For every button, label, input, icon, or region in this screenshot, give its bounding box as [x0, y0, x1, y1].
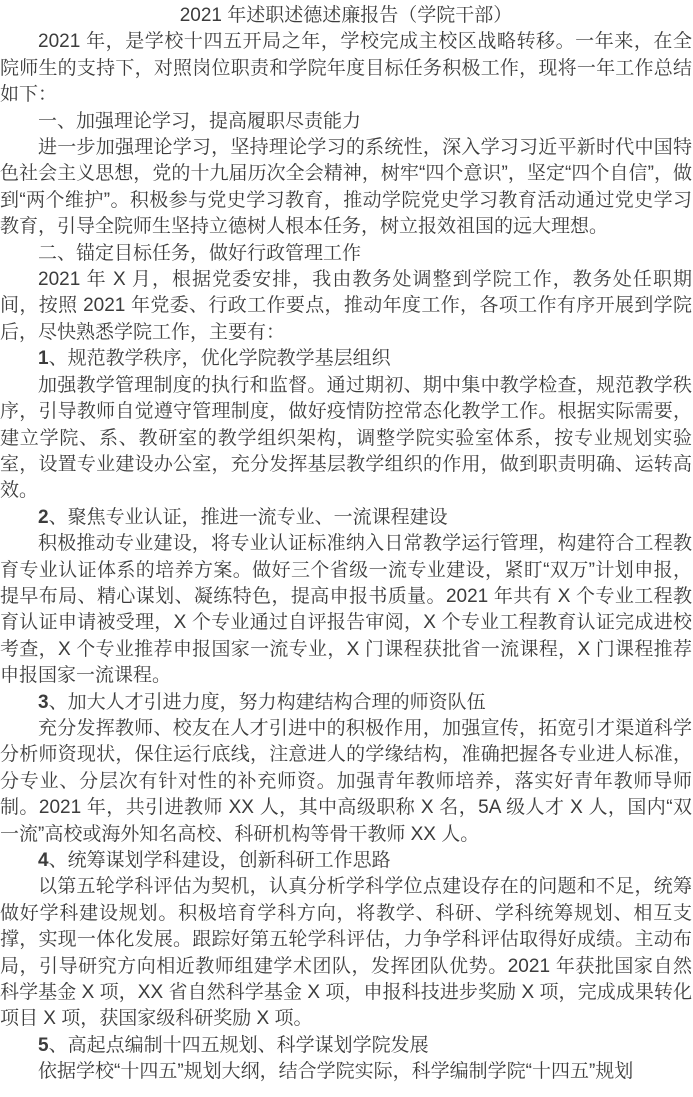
paragraph: 依据学校“十四五”规划大纲，结合学院实际，科学编制学院“十四五”规划 — [0, 1059, 692, 1085]
section-heading: 二、锚定目标任务，做好行政管理工作 — [0, 241, 692, 267]
section-number: 1 — [38, 348, 49, 369]
paragraph: 积极推动专业建设，将专业认证标准纳入日常教学运行管理，构建符合工程教育专业认证体… — [0, 531, 692, 689]
section-heading-text: 、统筹谋划学科建设，创新科研工作思路 — [49, 850, 391, 871]
paragraph: 充分发挥教师、校友在人才引进中的积极作用，加强宣传，拓宽引才渠道科学分析师资现状… — [0, 716, 692, 848]
section-heading: 一、加强理论学习，提高履职尽责能力 — [0, 109, 692, 135]
paragraph: 2021 年 X 月，根据党委安排，我由教务处调整到学院工作，教务处任职期间，按… — [0, 267, 692, 346]
section-number: 2 — [38, 507, 49, 528]
paragraph: 以第五轮学科评估为契机，认真分析学科学位点建设存在的问题和不足，统筹做好学科建设… — [0, 874, 692, 1032]
document-title: 2021 年述职述德述廉报告（学院干部） — [0, 3, 692, 29]
numbered-section-heading: 1、规范教学秩序，优化学院教学基层组织 — [0, 346, 692, 372]
paragraph: 加强教学管理制度的执行和监督。通过期初、期中集中教学检查，规范教学秩序，引导教师… — [0, 373, 692, 505]
section-heading-text: 、聚焦专业认证，推进一流专业、一流课程建设 — [49, 507, 448, 528]
numbered-section-heading: 5、高起点编制十四五规划、科学谋划学院发展 — [0, 1033, 692, 1059]
numbered-section-heading: 3、加大人才引进力度，努力构建结构合理的师资队伍 — [0, 690, 692, 716]
report-document: 2021 年述职述德述廉报告（学院干部）2021 年，是学校十四五开局之年，学校… — [0, 0, 693, 1097]
section-heading-text: 、规范教学秩序，优化学院教学基层组织 — [49, 348, 391, 369]
numbered-section-heading: 2、聚焦专业认证，推进一流专业、一流课程建设 — [0, 505, 692, 531]
paragraph: 2021 年，是学校十四五开局之年，学校完成主校区战略转移。一年来，在全院师生的… — [0, 29, 692, 108]
section-number: 5 — [38, 1035, 49, 1056]
numbered-section-heading: 4、统筹谋划学科建设，创新科研工作思路 — [0, 848, 692, 874]
section-number: 3 — [38, 692, 49, 713]
section-heading-text: 、加大人才引进力度，努力构建结构合理的师资队伍 — [49, 692, 486, 713]
section-heading-text: 、高起点编制十四五规划、科学谋划学院发展 — [49, 1035, 429, 1056]
section-number: 4 — [38, 850, 49, 871]
paragraph: 进一步加强理论学习，坚持理论学习的系统性，深入学习习近平新时代中国特色社会主义思… — [0, 135, 692, 241]
